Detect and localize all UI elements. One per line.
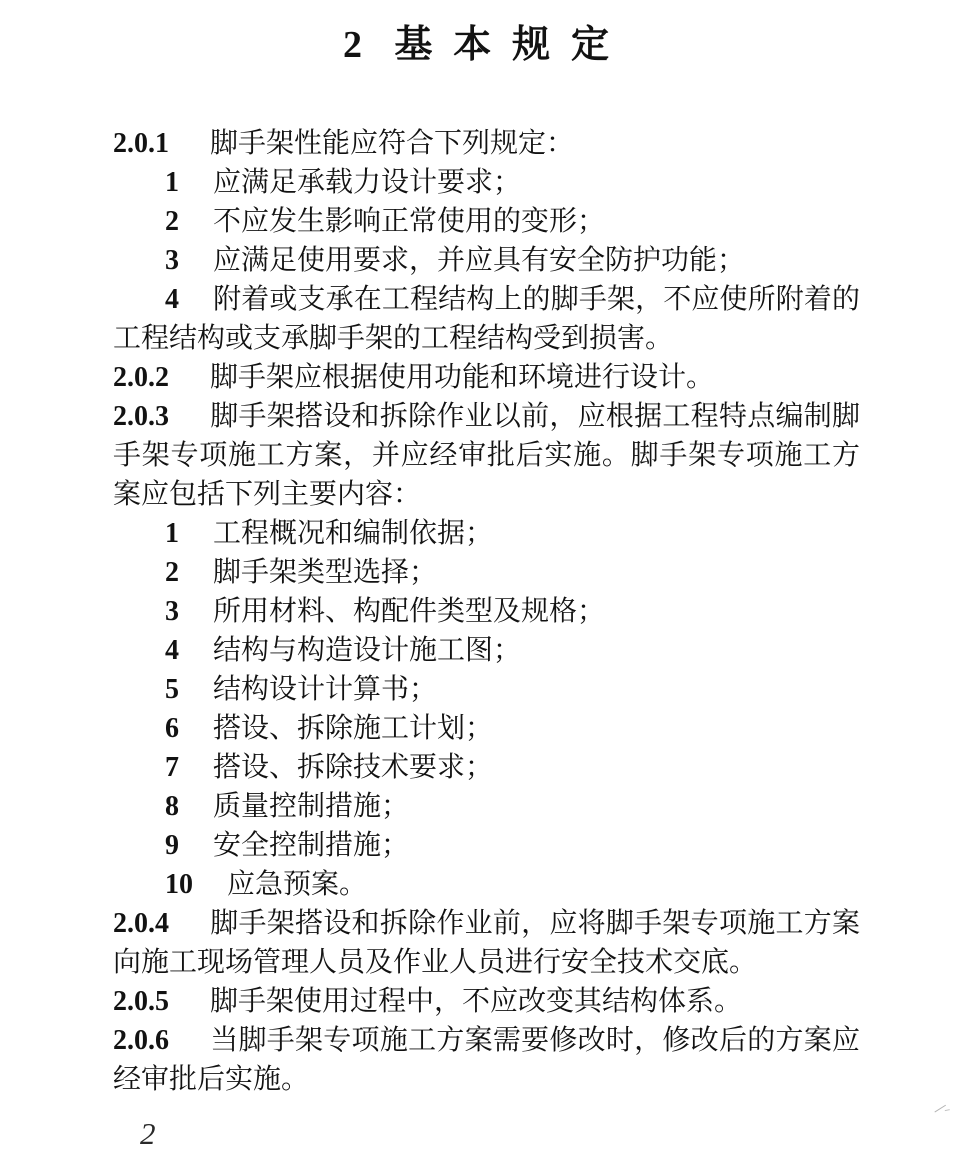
clauses-container: 2.0.1脚手架性能应符合下列规定：1应满足承载力设计要求；2不应发生影响正常使… bbox=[113, 124, 860, 1099]
list-item: 3应满足使用要求，并应具有安全防护功能； bbox=[113, 241, 860, 280]
item-text: 脚手架类型选择； bbox=[213, 557, 437, 588]
item-number: 7 bbox=[165, 752, 179, 783]
list-item: 7搭设、拆除技术要求； bbox=[113, 748, 860, 787]
page-footer: 2 bbox=[113, 1116, 860, 1152]
item-text: 安全控制措施； bbox=[213, 830, 409, 861]
section-number: 2 bbox=[343, 24, 362, 66]
item-text: 结构与构造设计施工图； bbox=[213, 635, 521, 666]
item-number: 2 bbox=[165, 206, 179, 237]
item-number: 4 bbox=[165, 635, 179, 666]
item-text: 附着或支承在工程结构上的脚手架，不应使所附着的工程结构或支承脚手架的工程结构受到… bbox=[113, 284, 860, 354]
section-title-text: 基本规定 bbox=[394, 24, 630, 66]
list-item: 3所用材料、构配件类型及规格； bbox=[113, 592, 860, 631]
item-number: 4 bbox=[165, 284, 179, 315]
clause-paragraph: 2.0.4脚手架搭设和拆除作业前，应将脚手架专项施工方案向施工现场管理人员及作业… bbox=[113, 904, 860, 982]
clause-paragraph: 2.0.1脚手架性能应符合下列规定： bbox=[113, 124, 860, 163]
item-text: 工程概况和编制依据； bbox=[213, 518, 493, 549]
list-item: 1应满足承载力设计要求； bbox=[113, 163, 860, 202]
list-item: 4结构与构造设计施工图； bbox=[113, 631, 860, 670]
clause-text: 脚手架搭设和拆除作业以前，应根据工程特点编制脚手架专项施工方案，并应经审批后实施… bbox=[113, 401, 860, 510]
clause-number: 2.0.1 bbox=[113, 128, 169, 159]
item-text: 结构设计计算书； bbox=[213, 674, 437, 705]
clause-text: 当脚手架专项施工方案需要修改时，修改后的方案应经审批后实施。 bbox=[113, 1025, 860, 1095]
item-text: 搭设、拆除技术要求； bbox=[213, 752, 493, 783]
item-number: 1 bbox=[165, 518, 179, 549]
clause-text: 脚手架使用过程中，不应改变其结构体系。 bbox=[210, 986, 742, 1017]
item-number: 6 bbox=[165, 713, 179, 744]
item-text: 搭设、拆除施工计划； bbox=[213, 713, 493, 744]
scan-artifact-mark bbox=[934, 1105, 946, 1114]
list-item: 6搭设、拆除施工计划； bbox=[113, 709, 860, 748]
clause-number: 2.0.5 bbox=[113, 986, 169, 1017]
item-number: 9 bbox=[165, 830, 179, 861]
item-text: 不应发生影响正常使用的变形； bbox=[213, 206, 605, 237]
item-text: 应急预案。 bbox=[227, 869, 367, 900]
list-item: 2脚手架类型选择； bbox=[113, 553, 860, 592]
item-number: 3 bbox=[165, 245, 179, 276]
page-number: 2 bbox=[140, 1116, 156, 1152]
clause-number: 2.0.4 bbox=[113, 908, 169, 939]
item-text: 所用材料、构配件类型及规格； bbox=[213, 596, 605, 627]
clause-paragraph: 2.0.3脚手架搭设和拆除作业以前，应根据工程特点编制脚手架专项施工方案，并应经… bbox=[113, 397, 860, 514]
clause-text: 脚手架搭设和拆除作业前，应将脚手架专项施工方案向施工现场管理人员及作业人员进行安… bbox=[113, 908, 860, 978]
item-text: 应满足使用要求，并应具有安全防护功能； bbox=[213, 245, 745, 276]
clause-number: 2.0.6 bbox=[113, 1025, 169, 1056]
page-title: 2基本规定 bbox=[113, 22, 860, 68]
item-number: 1 bbox=[165, 167, 179, 198]
item-text: 质量控制措施； bbox=[213, 791, 409, 822]
list-item: 9安全控制措施； bbox=[113, 826, 860, 865]
item-number: 3 bbox=[165, 596, 179, 627]
item-number: 2 bbox=[165, 557, 179, 588]
list-item: 8质量控制措施； bbox=[113, 787, 860, 826]
item-number: 8 bbox=[165, 791, 179, 822]
clause-text: 脚手架性能应符合下列规定： bbox=[210, 128, 574, 159]
list-item: 4附着或支承在工程结构上的脚手架，不应使所附着的工程结构或支承脚手架的工程结构受… bbox=[113, 280, 860, 358]
document-page: 2基本规定 2.0.1脚手架性能应符合下列规定：1应满足承载力设计要求；2不应发… bbox=[0, 0, 977, 1161]
clause-number: 2.0.3 bbox=[113, 401, 169, 432]
clause-paragraph: 2.0.5脚手架使用过程中，不应改变其结构体系。 bbox=[113, 982, 860, 1021]
list-item: 5结构设计计算书； bbox=[113, 670, 860, 709]
list-item: 1工程概况和编制依据； bbox=[113, 514, 860, 553]
item-number: 10 bbox=[165, 869, 193, 900]
list-item: 10应急预案。 bbox=[113, 865, 860, 904]
item-number: 5 bbox=[165, 674, 179, 705]
item-text: 应满足承载力设计要求； bbox=[213, 167, 521, 198]
clause-paragraph: 2.0.2脚手架应根据使用功能和环境进行设计。 bbox=[113, 358, 860, 397]
list-item: 2不应发生影响正常使用的变形； bbox=[113, 202, 860, 241]
clause-paragraph: 2.0.6当脚手架专项施工方案需要修改时，修改后的方案应经审批后实施。 bbox=[113, 1021, 860, 1099]
clause-number: 2.0.2 bbox=[113, 362, 169, 393]
clause-text: 脚手架应根据使用功能和环境进行设计。 bbox=[210, 362, 714, 393]
